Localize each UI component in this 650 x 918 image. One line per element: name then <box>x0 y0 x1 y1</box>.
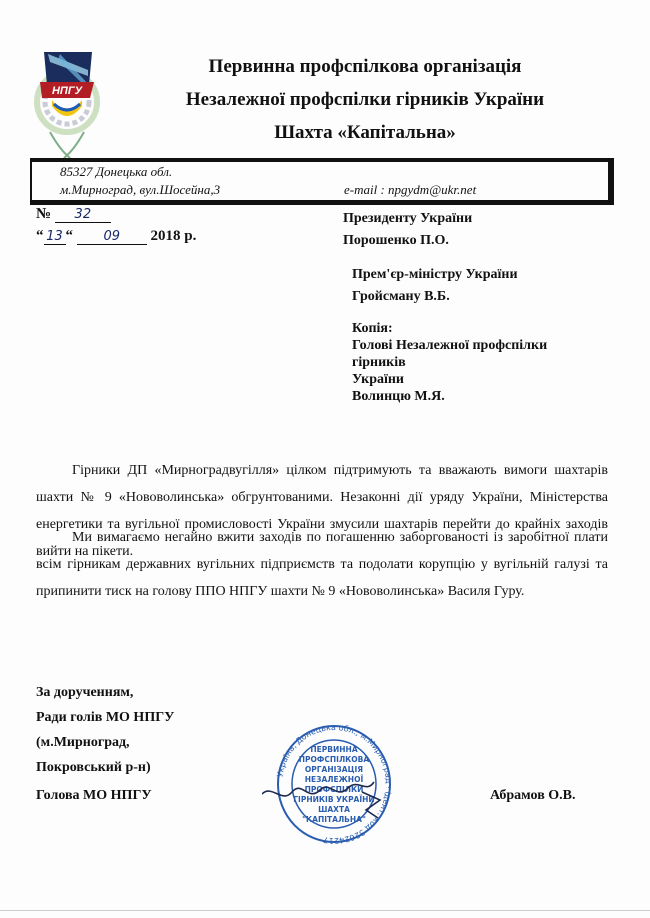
copy-line: Волинцю М.Я. <box>352 388 547 405</box>
date-day: 13 <box>44 229 66 245</box>
email-address: e-mail : npgydm@ukr.net <box>344 182 476 198</box>
copy-line: гірників <box>352 354 547 371</box>
recipient-name: Гройсману В.Б. <box>352 286 518 308</box>
svg-text:ПРОФСПІЛКОВА: ПРОФСПІЛКОВА <box>299 755 370 764</box>
address-box: 85327 Донецька обл. м.Мирноград, вул.Шос… <box>30 158 614 205</box>
signatory-name: Абрамов О.В. <box>490 788 575 804</box>
org-title-line3: Шахта «Капітальна» <box>95 122 635 144</box>
copy-line: України <box>352 371 547 388</box>
number-label: № <box>36 206 51 222</box>
address-line1: 85327 Донецька обл. <box>60 164 172 180</box>
org-title-line1: Первинна профспілкова організація <box>95 56 635 78</box>
recipient-prime-minister: Прем'єр-міністру України Гройсману В.Б. <box>352 264 518 308</box>
svg-text:ПЕРВИННА: ПЕРВИННА <box>310 745 357 754</box>
address-line2: м.Мирноград, вул.Шосейна,3 <box>60 182 220 198</box>
copy-line: Голові Незалежної профспілки <box>352 337 547 354</box>
body-paragraph-2: Ми вимагаємо негайно вжити заходів по по… <box>36 524 608 605</box>
svg-text:"КАПІТАЛЬНА": "КАПІТАЛЬНА" <box>302 815 366 824</box>
quote-close: “ <box>66 228 74 244</box>
page-bottom-edge <box>0 910 650 911</box>
recipient-president: Президенту України Порошенко П.О. <box>343 208 472 252</box>
signature-line: Ради голів МО НПГУ <box>36 705 174 730</box>
svg-text:НЕЗАЛЕЖНОЇ: НЕЗАЛЕЖНОЇ <box>305 775 364 784</box>
signature-line: (м.Мирноград, <box>36 730 174 755</box>
svg-text:ГІРНИКІВ УКРАЇНИ: ГІРНИКІВ УКРАЇНИ <box>293 795 374 804</box>
union-emblem-icon: НПГУ <box>30 40 105 175</box>
document-number: № 32 <box>36 206 111 223</box>
number-value: 32 <box>55 207 111 223</box>
signature-line: За дорученням, <box>36 680 174 705</box>
recipient-title: Президенту України <box>343 208 472 230</box>
org-title-line2: Незалежної профспілки гірників України <box>95 89 635 111</box>
quote-open: “ <box>36 228 44 244</box>
signatory-title: Голова МО НПГУ <box>36 788 152 804</box>
date-month: 09 <box>77 229 147 245</box>
svg-text:ОРГАНІЗАЦІЯ: ОРГАНІЗАЦІЯ <box>305 765 363 774</box>
signature-line: Покровський р-н) <box>36 755 174 780</box>
document-date: “13“ 09 2018 р. <box>36 228 196 245</box>
date-year: 2018 р. <box>151 228 197 244</box>
svg-text:ШАХТА: ШАХТА <box>318 805 350 814</box>
copy-label: Копія: <box>352 320 547 337</box>
official-stamp: ПЕРВИННА ПРОФСПІЛКОВА ОРГАНІЗАЦІЯ НЕЗАЛЕ… <box>262 722 394 850</box>
signature-authority: За дорученням, Ради голів МО НПГУ (м.Мир… <box>36 680 174 780</box>
copy-recipient: Копія: Голові Незалежної профспілки гірн… <box>352 320 547 405</box>
recipient-title: Прем'єр-міністру України <box>352 264 518 286</box>
svg-text:НПГУ: НПГУ <box>52 85 84 97</box>
recipient-name: Порошенко П.О. <box>343 230 472 252</box>
